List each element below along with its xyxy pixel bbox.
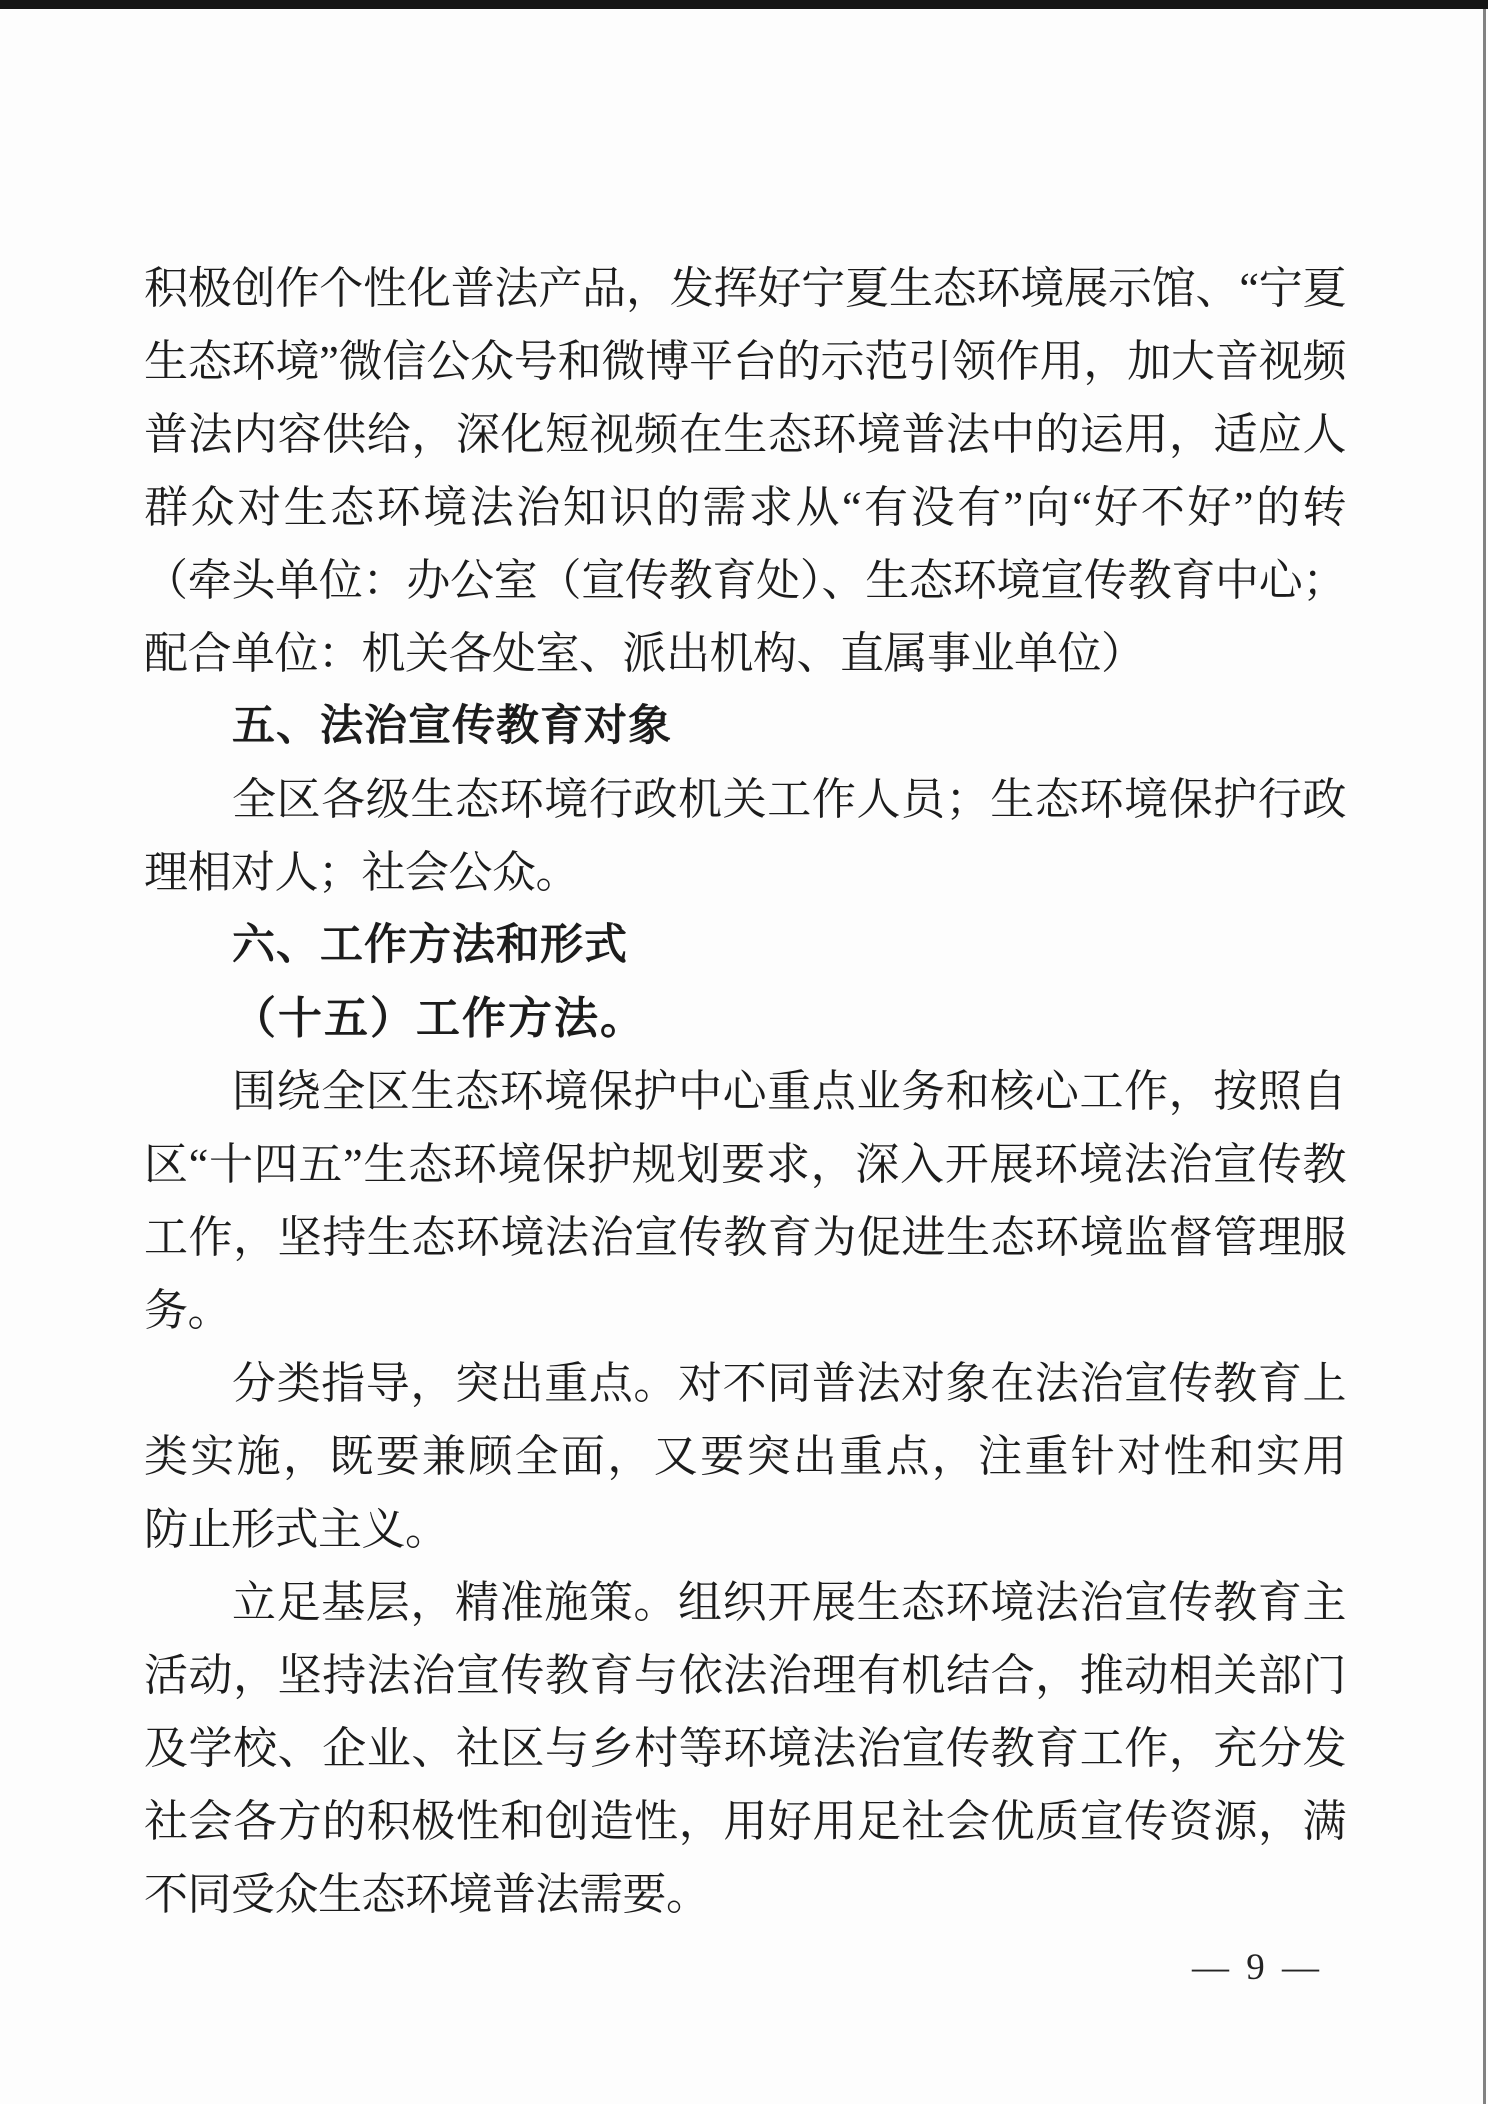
text-line: 务。 xyxy=(144,1274,1346,1347)
text-line: （牵头单位：办公室（宣传教育处）、生态环境宣传教育中心； xyxy=(144,544,1346,617)
text-line: 类实施，既要兼顾全面，又要突出重点，注重针对性和实用性， xyxy=(144,1420,1346,1493)
sub-heading: （十五）工作方法。 xyxy=(144,982,1346,1055)
text-line: 及学校、企业、社区与乡村等环境法治宣传教育工作，充分发挥 xyxy=(144,1712,1346,1785)
text-line: 积极创作个性化普法产品，发挥好宁夏生态环境展示馆、“宁夏 xyxy=(144,252,1346,325)
section-heading: 六、工作方法和形式 xyxy=(144,909,1346,982)
text-line: 全区各级生态环境行政机关工作人员；生态环境保护行政管 xyxy=(144,763,1346,836)
document-page: 积极创作个性化普法产品，发挥好宁夏生态环境展示馆、“宁夏 生态环境”微信公众号和… xyxy=(0,0,1488,2104)
text-line: 分类指导，突出重点。对不同普法对象在法治宣传教育上分 xyxy=(144,1347,1346,1420)
text-line: 生态环境”微信公众号和微博平台的示范引领作用，加大音视频 xyxy=(144,325,1346,398)
text-line: 普法内容供给，深化短视频在生态环境普法中的运用，适应人民 xyxy=(144,398,1346,471)
text-line: 理相对人；社会公众。 xyxy=(144,836,1346,909)
text-line: 配合单位：机关各处室、派出机构、直属事业单位） xyxy=(144,617,1346,690)
text-line: 防止形式主义。 xyxy=(144,1493,1346,1566)
text-line: 群众对生态环境法治知识的需求从“有没有”向“好不好”的转变。 xyxy=(144,471,1346,544)
text-line: 不同受众生态环境普法需要。 xyxy=(144,1858,1346,1931)
scan-top-border xyxy=(0,0,1488,9)
text-line: 社会各方的积极性和创造性，用好用足社会优质宣传资源，满足 xyxy=(144,1785,1346,1858)
text-line: 立足基层，精准施策。组织开展生态环境法治宣传教育主题 xyxy=(144,1566,1346,1639)
page-number: — 9 — xyxy=(1192,1946,1323,1989)
text-line: 区“十四五”生态环境保护规划要求，深入开展环境法治宣传教育 xyxy=(144,1128,1346,1201)
section-heading: 五、法治宣传教育对象 xyxy=(144,690,1346,763)
text-line: 围绕全区生态环境保护中心重点业务和核心工作，按照自治 xyxy=(144,1055,1346,1128)
text-line: 工作，坚持生态环境法治宣传教育为促进生态环境监督管理服 xyxy=(144,1201,1346,1274)
document-body: 积极创作个性化普法产品，发挥好宁夏生态环境展示馆、“宁夏 生态环境”微信公众号和… xyxy=(144,252,1346,1931)
scan-right-border xyxy=(1483,9,1486,2104)
text-line: 活动，坚持法治宣传教育与依法治理有机结合，推动相关部门以 xyxy=(144,1639,1346,1712)
